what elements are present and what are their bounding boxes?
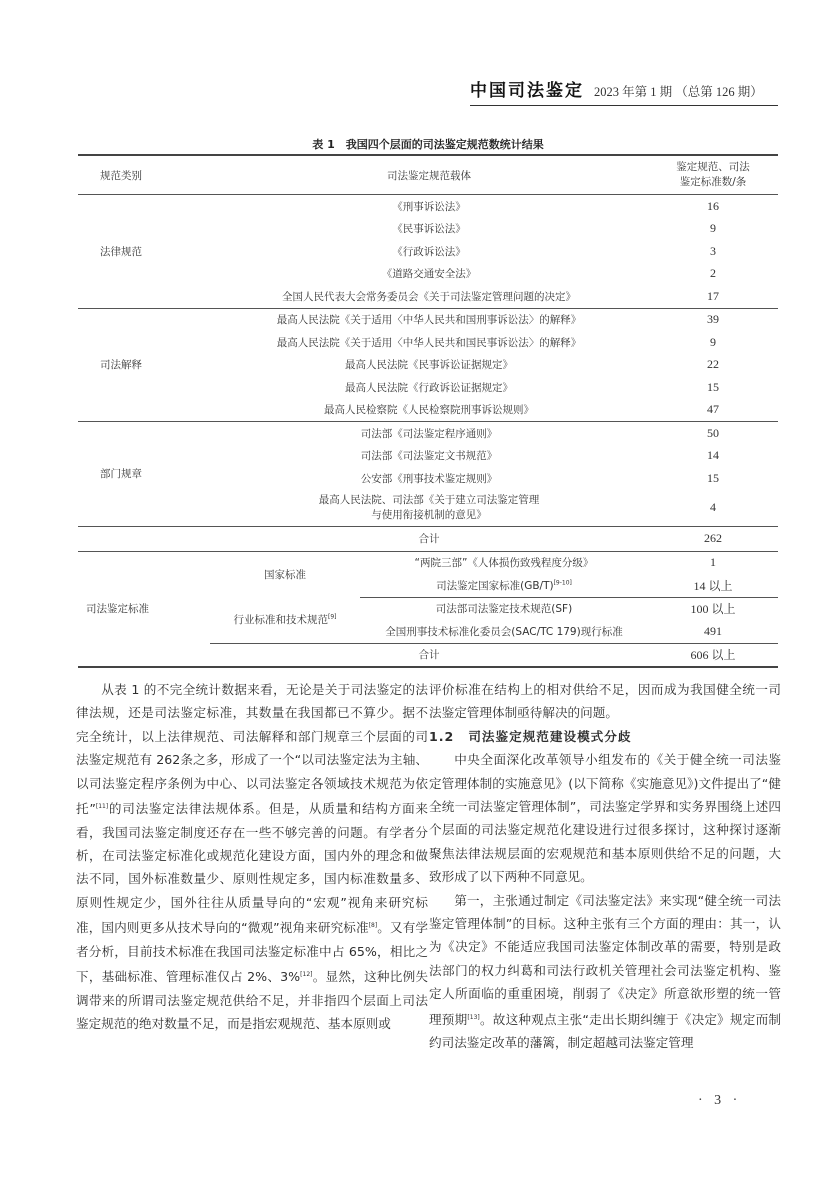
journal-name: 中国司法鉴定 [470, 76, 584, 101]
header-count: 鉴定规范、司法 鉴定标准数/条 [648, 155, 778, 195]
group-category: 司法解释 [78, 308, 210, 422]
group-category: 司法鉴定标准 [78, 551, 210, 667]
body-left-column: 从表 1 的不完全统计数据来看，无论是关于司法鉴定的法律法规，还是司法鉴定标准，… [76, 678, 428, 1036]
table-header-row: 规范类别 司法鉴定规范载体 鉴定规范、司法 鉴定标准数/条 [78, 155, 778, 195]
page-number: · 3 · [698, 1093, 741, 1109]
body-right-column: 评价标准在结构上的相对供给不足，因而成为我国健全统一司法鉴定管理体制亟待解决的问… [429, 678, 781, 1055]
subgroup-name: 行业标准和技术规范[9] [210, 597, 360, 643]
table-row: 部门规章 司法部《司法鉴定程序通则》 50 [78, 422, 778, 445]
subtotal-row: 合计 262 [78, 526, 778, 551]
group-category: 法律规范 [78, 195, 210, 309]
running-header: 中国司法鉴定 2023 年第 1 期 （总第 126 期） [470, 76, 778, 106]
section-heading: 1.2司法鉴定规范建设模式分歧 [429, 725, 781, 748]
statistics-table: 规范类别 司法鉴定规范载体 鉴定规范、司法 鉴定标准数/条 法律规范 《刑事诉讼… [78, 154, 778, 668]
header-category: 规范类别 [78, 155, 210, 195]
group-category: 部门规章 [78, 422, 210, 527]
body-paragraph: 从表 1 的不完全统计数据来看，无论是关于司法鉴定的法律法规，还是司法鉴定标准，… [76, 678, 428, 1036]
table-bottom-rule [78, 667, 778, 668]
subgroup-name: 国家标准 [210, 551, 360, 597]
issue-info: 2023 年第 1 期 （总第 126 期） [594, 82, 763, 100]
body-paragraph: 第一，主张通过制定《司法鉴定法》来实现“健全统一司法鉴定管理体制”的目标。这种主… [429, 889, 781, 1055]
body-paragraph: 中央全面深化改革领导小组发布的《关于健全统一司法鉴定管理体制的实施意见》(以下简… [429, 748, 781, 888]
table-row: 法律规范 《刑事诉讼法》 16 [78, 195, 778, 218]
table-row: 司法解释 最高人民法院《关于适用〈中华人民共和国刑事诉讼法〉的解释》 39 [78, 308, 778, 331]
table-caption: 表 1 我国四个层面的司法鉴定规范数统计结果 [78, 136, 778, 152]
header-carrier: 司法鉴定规范载体 [210, 155, 648, 195]
body-paragraph-continuation: 评价标准在结构上的相对供给不足，因而成为我国健全统一司法鉴定管理体制亟待解决的问… [429, 678, 781, 725]
table-row: 司法鉴定标准 国家标准 “两院三部”《人体损伤致残程度分级》 1 [78, 551, 778, 574]
